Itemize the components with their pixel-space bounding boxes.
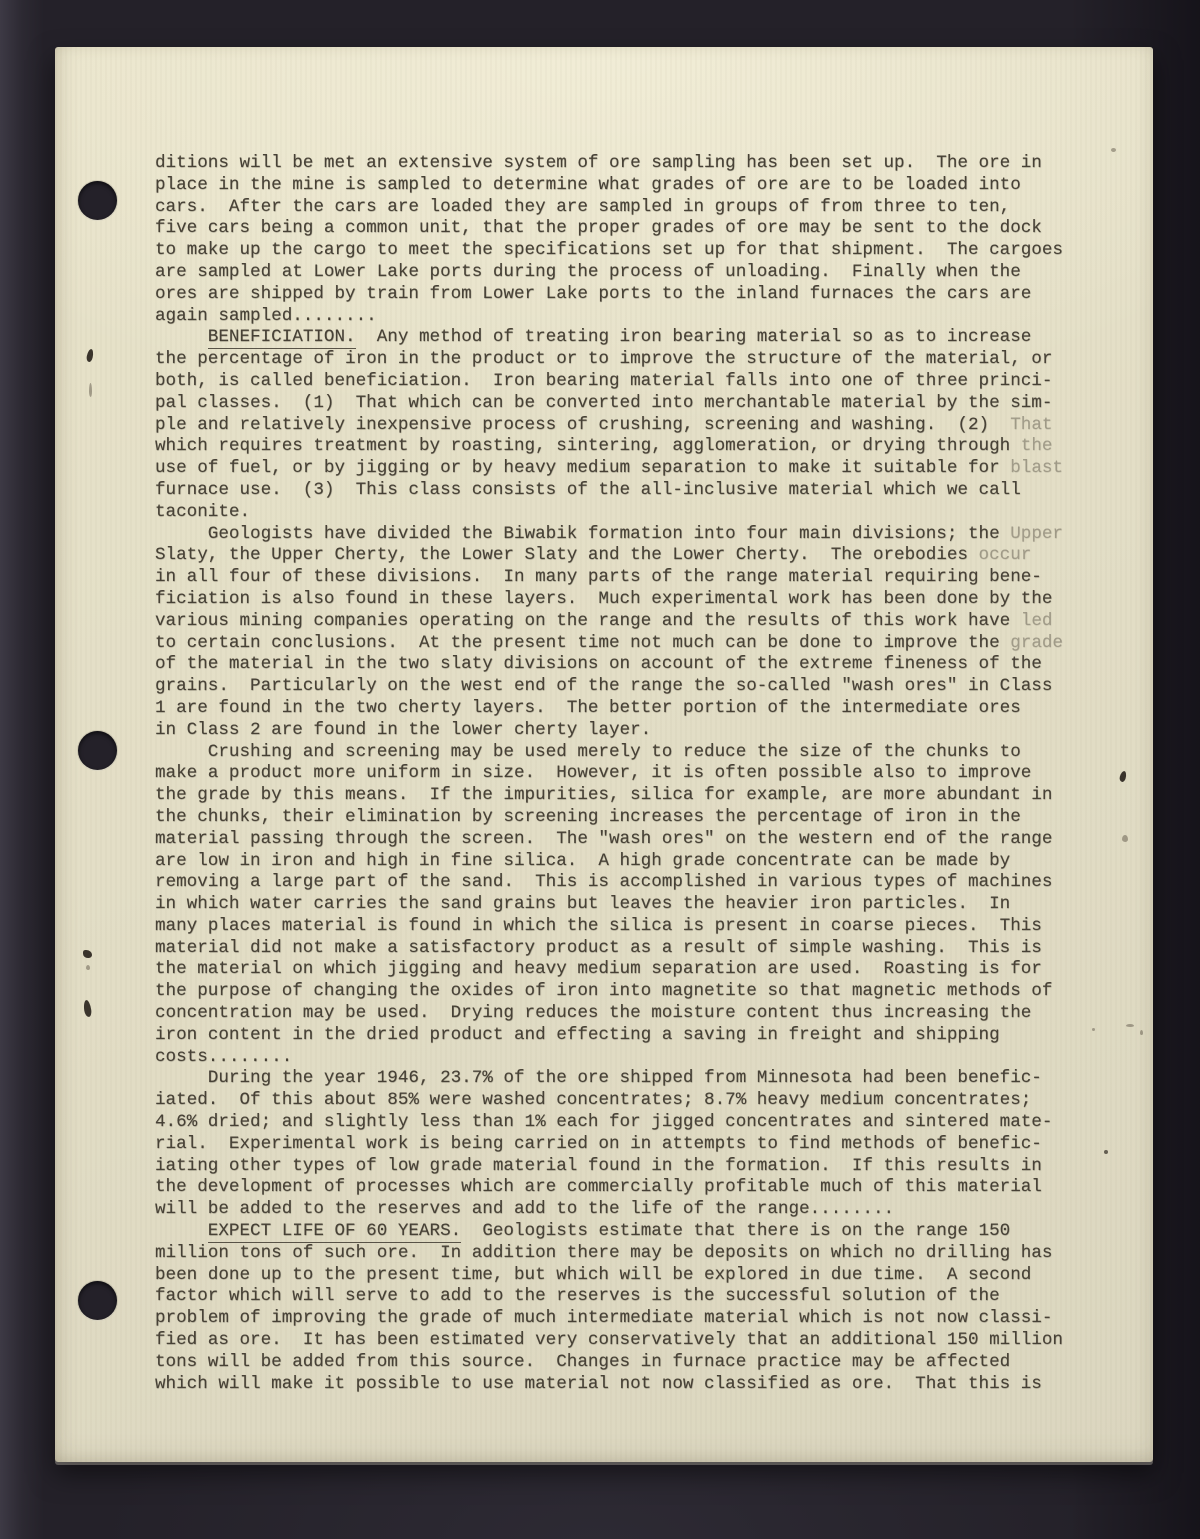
underlined-heading: EXPECT LIFE OF 60 YEARS. (208, 1221, 461, 1243)
ink-mark (1140, 1030, 1143, 1035)
ink-mark (86, 349, 95, 363)
typed-line: furnace use. (3) This class consists of … (155, 480, 1140, 502)
typed-line: iron content in the dried product and ef… (155, 1025, 1140, 1047)
typed-line: ple and relatively inexpensive process o… (155, 415, 1140, 437)
typed-line: which will make it possible to use mater… (155, 1374, 1140, 1396)
typed-line: 4.6% dried; and slightly less than 1% ea… (155, 1112, 1140, 1134)
typed-line: which requires treatment by roasting, si… (155, 436, 1140, 458)
typed-line: various mining companies operating on th… (155, 611, 1140, 633)
typed-line: problem of improving the grade of much i… (155, 1308, 1140, 1330)
typed-line: EXPECT LIFE OF 60 YEARS. Geologists esti… (155, 1221, 1140, 1243)
typed-text: ditions will be met an extensive system … (155, 153, 1140, 1395)
typed-line: the chunks, their elimination by screeni… (155, 807, 1140, 829)
typed-line: iated. Of this about 85% were washed con… (155, 1090, 1140, 1112)
typed-line: tons will be added from this source. Cha… (155, 1352, 1140, 1374)
ink-mark (1092, 1028, 1095, 1031)
typed-line: to make up the cargo to meet the specifi… (155, 240, 1140, 262)
punch-hole-bottom (78, 1281, 117, 1320)
typed-line: costs........ (155, 1047, 1140, 1069)
typed-line: again sampled........ (155, 306, 1140, 328)
typed-line: many places material is found in which t… (155, 916, 1140, 938)
ink-mark (83, 950, 92, 958)
typed-line: the percentage of iron in the product or… (155, 349, 1140, 371)
typed-line: grains. Particularly on the west end of … (155, 676, 1140, 698)
punch-hole-top (78, 181, 117, 220)
typed-line: rial. Experimental work is being carried… (155, 1134, 1140, 1156)
typed-line: five cars being a common unit, that the … (155, 218, 1140, 240)
typed-line: been done up to the present time, but wh… (155, 1265, 1140, 1287)
typed-line: are low in iron and high in fine silica.… (155, 851, 1140, 873)
typed-line: place in the mine is sampled to determin… (155, 175, 1140, 197)
typed-line: the development of processes which are c… (155, 1177, 1140, 1199)
typed-line: in which water carries the sand grains b… (155, 894, 1140, 916)
typed-line: to certain conclusions. At the present t… (155, 633, 1140, 655)
typed-line: both, is called beneficiation. Iron bear… (155, 371, 1140, 393)
typed-line: million tons of such ore. In addition th… (155, 1243, 1140, 1265)
ink-mark (1126, 1024, 1134, 1027)
underlined-heading: BENEFICIATION. (208, 327, 356, 349)
typed-line: of the material in the two slaty divisio… (155, 654, 1140, 676)
typed-line: taconite. (155, 502, 1140, 524)
ink-mark (1104, 1150, 1108, 1154)
typed-line: will be added to the reserves and add to… (155, 1199, 1140, 1221)
typed-line: concentration may be used. Drying reduce… (155, 1003, 1140, 1025)
typed-line: Crushing and screening may be used merel… (155, 742, 1140, 764)
typed-line: During the year 1946, 23.7% of the ore s… (155, 1068, 1140, 1090)
typed-line: material did not make a satisfactory pro… (155, 938, 1140, 960)
typed-line: fied as ore. It has been estimated very … (155, 1330, 1140, 1352)
ink-mark (83, 1000, 92, 1018)
punch-hole-middle (78, 731, 117, 770)
scan-background: { "colors":{ "background":"#242129", "pa… (0, 0, 1200, 1539)
ink-mark (1111, 148, 1116, 152)
typed-line: the purpose of changing the oxides of ir… (155, 981, 1140, 1003)
typed-line: ficiation is also found in these layers.… (155, 589, 1140, 611)
typed-line: iating other types of low grade material… (155, 1156, 1140, 1178)
ink-mark (1122, 835, 1128, 842)
typed-line: removing a large part of the sand. This … (155, 872, 1140, 894)
typed-line: make a product more uniform in size. How… (155, 763, 1140, 785)
typed-line: the grade by this means. If the impuriti… (155, 785, 1140, 807)
document-page: ditions will be met an extensive system … (55, 47, 1153, 1462)
typed-line: use of fuel, or by jigging or by heavy m… (155, 458, 1140, 480)
typed-line: material passing through the screen. The… (155, 829, 1140, 851)
typed-line: Geologists have divided the Biwabik form… (155, 524, 1140, 546)
typed-line: Slaty, the Upper Cherty, the Lower Slaty… (155, 545, 1140, 567)
typed-line: 1 are found in the two cherty layers. Th… (155, 698, 1140, 720)
typed-line: ditions will be met an extensive system … (155, 153, 1140, 175)
ink-mark (86, 965, 90, 970)
typed-line: are sampled at Lower Lake ports during t… (155, 262, 1140, 284)
typed-line: factor which will serve to add to the re… (155, 1286, 1140, 1308)
typed-line: the material on which jigging and heavy … (155, 959, 1140, 981)
typed-line: in all four of these divisions. In many … (155, 567, 1140, 589)
typed-line: cars. After the cars are loaded they are… (155, 197, 1140, 219)
typed-line: pal classes. (1) That which can be conve… (155, 393, 1140, 415)
ink-mark (89, 383, 92, 397)
typed-line: ores are shipped by train from Lower Lak… (155, 284, 1140, 306)
typed-line: BENEFICIATION. Any method of treating ir… (155, 327, 1140, 349)
typed-line: in Class 2 are found in the lower cherty… (155, 720, 1140, 742)
